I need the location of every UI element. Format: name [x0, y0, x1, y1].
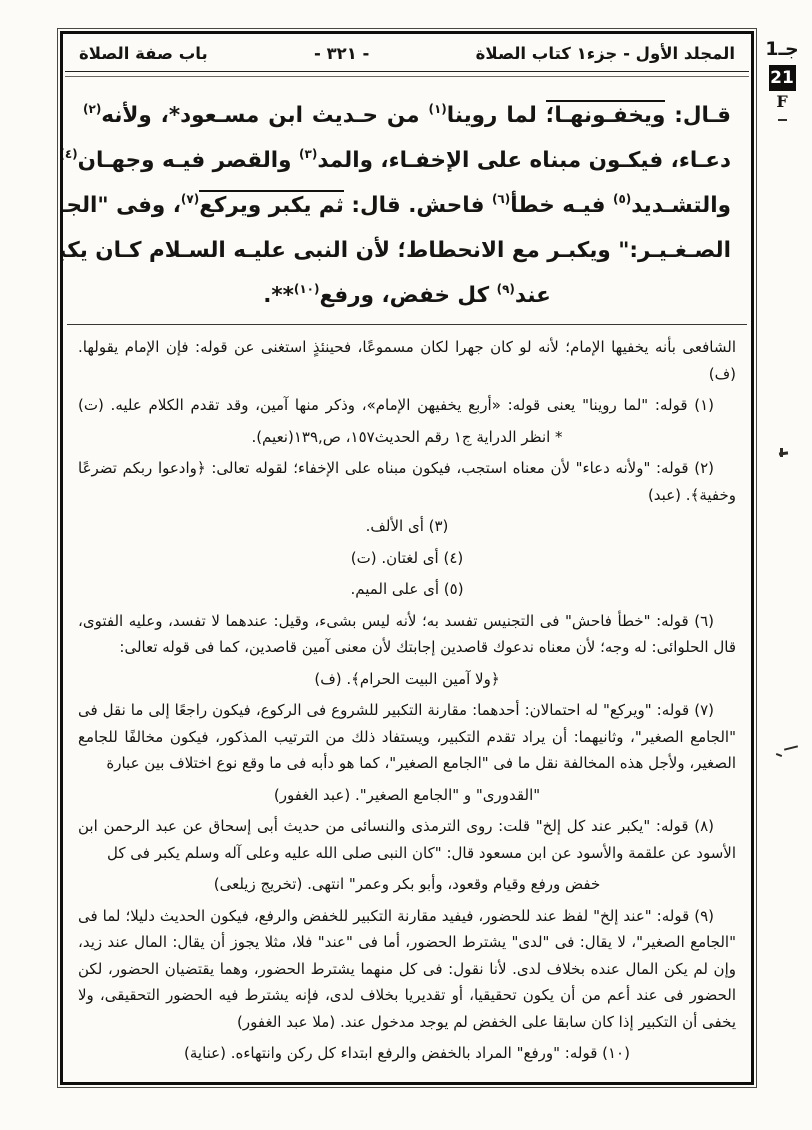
matn-text: والقصر فيـه وجهـان: [78, 148, 299, 173]
matn-text: والتشـديد: [631, 193, 731, 218]
footnote-ref: (٤): [60, 147, 78, 161]
footnote: (١٠) قوله: "ورفع" المراد بالخفض والرفع ا…: [78, 1040, 736, 1067]
header-volume-title: المجلد الأول - جزء١ كتاب الصلاة: [476, 44, 735, 63]
footnote: (٣) أى الألف.: [78, 513, 736, 540]
scanned-book-page: { "header": { "right_title": "المجلد الأ…: [0, 0, 812, 1130]
matn-overlined-text: ثم يكبر ويركع: [199, 190, 344, 218]
footnote: (٨) قوله: "يكبر عند كل إلخ" قلت: روى الت…: [78, 813, 736, 866]
matn-line: الصـغـيـر:" ويكبـر مع الانحطاط؛ لأن النب…: [83, 222, 731, 267]
footnote: (٢) قوله: "ولأنه دعاء" لأن معناه استجب، …: [78, 455, 736, 508]
footnote-ref: (٩): [497, 282, 515, 296]
header-chapter-title: باب صفة الصلاة: [79, 44, 208, 63]
matn-text: من حـديث ابن مسـعود*، ولأنه: [101, 103, 428, 128]
page-frame-inner: المجلد الأول - جزء١ كتاب الصلاة - ٣٢١ - …: [60, 31, 754, 1085]
footnote: (٤) أى لغتان. (ت): [78, 545, 736, 572]
matn-text: فيـه خطأ: [510, 193, 613, 218]
footnote-ref: (٦): [492, 192, 510, 206]
footnote: الشافعى بأنه يخفيها الإمام؛ لأنه لو كان …: [78, 334, 736, 387]
matn-text: دعـاء، فيكـون مبناه على الإخفـاء، والمد: [317, 148, 731, 173]
margin-volume-mark: جـ1: [758, 36, 806, 62]
margin-column: جـ1 21 F: [758, 36, 806, 121]
matn-text: لما روينا: [447, 103, 546, 128]
footnote: (٩) قوله: "عند إلخ" لفظ عند للحضور، فيفي…: [78, 903, 736, 1036]
ink-speck: [780, 448, 783, 457]
page-header: المجلد الأول - جزء١ كتاب الصلاة - ٣٢١ - …: [63, 34, 751, 71]
matn-text: **.: [263, 283, 294, 308]
matn-text: كل خفض، ورفع: [319, 283, 496, 308]
footnote-ref: (٥): [613, 192, 631, 206]
matn-line: والتشـديد(٥) فيـه خطأ(٦) فاحش. قال: ثم ي…: [83, 177, 731, 222]
footnote-tail: خفض ورفع وقيام وقعود، وأبو بكر وعمر" انت…: [78, 871, 736, 898]
margin-page-box: 21: [769, 65, 796, 91]
footnote-ref: (١٠): [294, 282, 320, 296]
footnote: (٥) أى على الميم.: [78, 576, 736, 603]
matn-text: ، وفى "الجـامع: [60, 193, 181, 218]
matn-line: قـال: ويخفـونهـا؛ لما روينا(١) من حـديث …: [83, 87, 731, 132]
margin-letter-mark: F: [758, 91, 806, 113]
matn-text: الصـغـيـر:" ويكبـر مع الانحطاط؛ لأن النب…: [60, 238, 731, 263]
matn-line: عند(٩) كل خفض، ورفع(١٠)**.: [83, 267, 731, 312]
page-frame: المجلد الأول - جزء١ كتاب الصلاة - ٣٢١ - …: [57, 28, 757, 1088]
margin-dash-mark: [778, 119, 787, 121]
footnote-ref: (١): [428, 102, 446, 116]
footnote: * انظر الدراية ج١ رقم الحديث١٥٧، ص,١٣٩(ن…: [78, 424, 736, 451]
footnote-ref: (٧): [181, 192, 199, 206]
matn-text: فاحش. قال:: [344, 193, 492, 218]
matn-text: عند: [515, 283, 551, 308]
matn-text: قـال:: [665, 103, 731, 128]
ink-speck: [776, 753, 782, 757]
matn-line: دعـاء، فيكـون مبناه على الإخفـاء، والمد(…: [83, 132, 731, 177]
footnotes-section: الشافعى بأنه يخفيها الإمام؛ لأنه لو كان …: [63, 325, 751, 1072]
matn-section: قـال: ويخفـونهـا؛ لما روينا(١) من حـديث …: [63, 77, 751, 316]
footnote-ref: (٣): [299, 147, 317, 161]
footnote: (١) قوله: "لما روينا" يعنى قوله: «أربع ي…: [78, 392, 736, 419]
footnote-tail: ﴿ولا آمين البيت الحرام﴾. (ف): [78, 666, 736, 693]
header-page-number: - ٣٢١ -: [314, 44, 369, 63]
matn-overlined-text: ويخفـونهـا؛: [546, 100, 666, 128]
footnote: (٦) قوله: "خطأ فاحش" فى التجنيس تفسد به؛…: [78, 608, 736, 661]
footnote-ref: (٢): [83, 102, 101, 116]
ink-speck: [784, 745, 798, 750]
footnote-tail: "القدورى" و "الجامع الصغير". (عبد الغفور…: [78, 782, 736, 809]
footnote: (٧) قوله: "ويركع" له احتمالان: أحدهما: م…: [78, 697, 736, 777]
